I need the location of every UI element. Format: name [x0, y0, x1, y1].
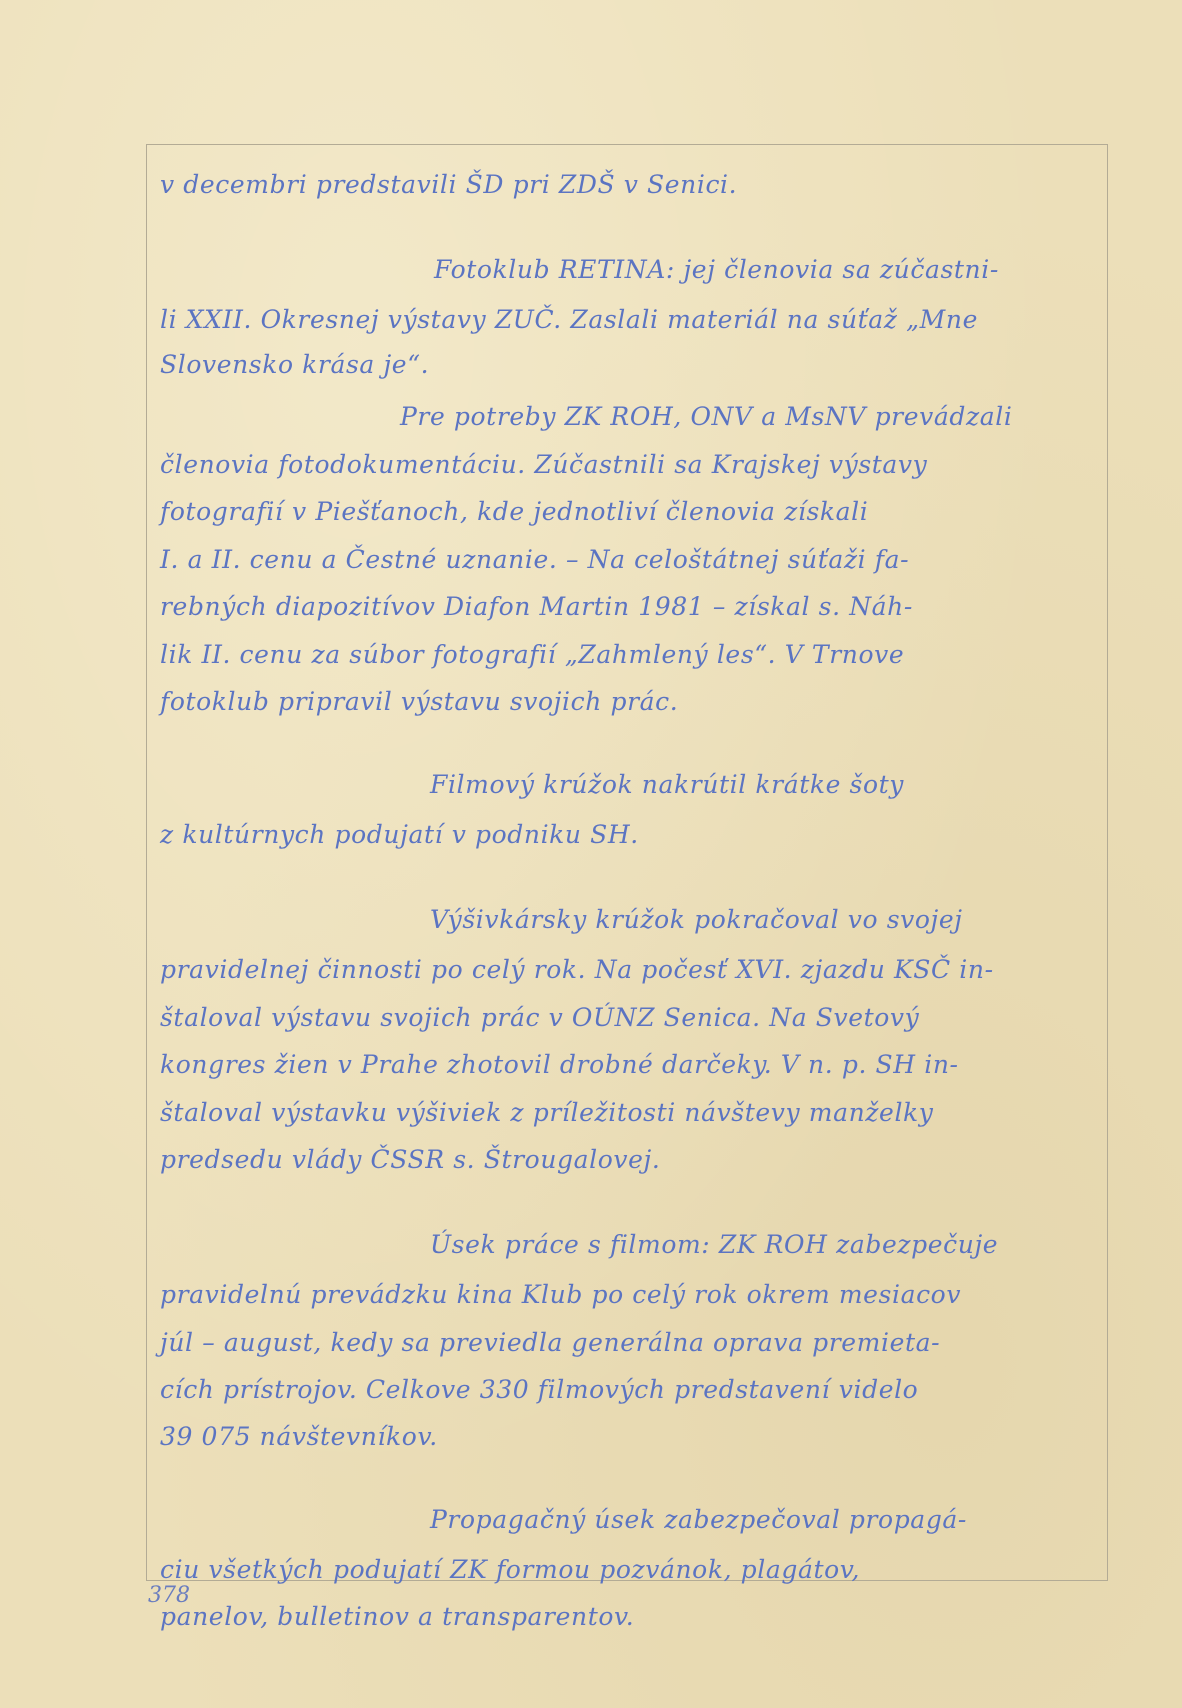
text-line: Úsek práce s filmom: ZK ROH zabezpečuje	[430, 1230, 998, 1259]
text-line: Slovensko krása je“.	[160, 350, 429, 379]
text-line: Výšivkársky krúžok pokračoval vo svojej	[430, 905, 963, 934]
text-line: kongres žien v Prahe zhotovil drobné dar…	[160, 1050, 959, 1079]
text-line: I. a II. cenu a Čestné uznanie. – Na cel…	[160, 545, 909, 574]
text-line: štaloval výstavu svojich prác v OÚNZ Sen…	[160, 1003, 919, 1032]
text-line: lik II. cenu za súbor fotografií „Zahmle…	[160, 640, 904, 669]
text-line: 39 075 návštevníkov.	[160, 1422, 438, 1451]
text-line: z kultúrnych podujatí v podniku SH.	[160, 820, 639, 849]
page-number: 378	[148, 1583, 190, 1608]
text-line: Filmový krúžok nakrútil krátke šoty	[430, 770, 904, 799]
text-line: Fotoklub RETINA: jej členovia sa zúčastn…	[434, 255, 999, 284]
text-line: Pre potreby ZK ROH, ONV a MsNV prevádzal…	[400, 402, 1012, 431]
text-line: ciu všetkých podujatí ZK formou pozvánok…	[160, 1555, 860, 1584]
text-line: fotografií v Piešťanoch, kde jednotliví …	[160, 497, 868, 526]
text-line: pravidelnej činnosti po celý rok. Na poč…	[160, 955, 994, 984]
text-line: panelov, bulletinov a transparentov.	[160, 1602, 634, 1631]
text-line: fotoklub pripravil výstavu svojich prác.	[160, 687, 678, 716]
text-line: rebných diapozitívov Diafon Martin 1981 …	[160, 592, 913, 621]
text-line: li XXII. Okresnej výstavy ZUČ. Zaslali m…	[160, 305, 978, 334]
text-line: predsedu vlády ČSSR s. Štrougalovej.	[160, 1145, 660, 1174]
text-line: cích prístrojov. Celkove 330 filmových p…	[160, 1375, 918, 1404]
text-line: štaloval výstavku výšiviek z príležitost…	[160, 1098, 934, 1127]
text-line: pravidelnú prevádzku kina Klub po celý r…	[160, 1280, 961, 1309]
text-line: júl – august, kedy sa previedla generáln…	[160, 1328, 940, 1357]
text-line: v decembri predstavili ŠD pri ZDŠ v Seni…	[160, 170, 737, 199]
text-line: Propagačný úsek zabezpečoval propagá-	[430, 1505, 967, 1534]
text-line: členovia fotodokumentáciu. Zúčastnili sa…	[160, 450, 927, 479]
